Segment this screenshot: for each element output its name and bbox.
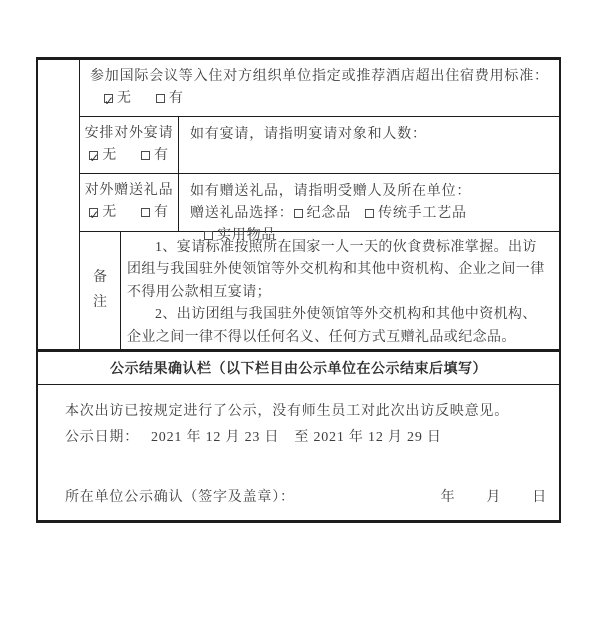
checkbox-empty-icon[interactable] <box>156 94 165 103</box>
row-banquet: 安排对外宴请 无有 如有宴请，请指明宴请对象和人数： <box>80 117 559 174</box>
date-to: 2021 年 12 月 29 日 <box>313 430 441 445</box>
banquet-options: 无有 <box>89 145 169 167</box>
choice-handicraft: 传统手工艺品 <box>365 206 467 221</box>
confirmation-statement: 本次出访已按规定进行了公示，没有师生员工对此次出访反映意见。 <box>65 401 547 423</box>
signature-line: 所在单位公示确认（签字及盖章）： 年月日 <box>65 487 547 509</box>
notes-label-char: 注 <box>93 292 107 314</box>
row-hotel-standard: 参加国际会议等入住对方组织单位指定或推荐酒店超出住宿费用标准： 无有 <box>80 60 559 117</box>
option-none: 无 <box>104 91 132 106</box>
banquet-label: 安排对外宴请 <box>85 123 174 145</box>
row-notes: 备 注 1、宴请标准按照所在国家一人一天的伙食费标准掌握。出访团组与我国驻外使领… <box>80 232 559 349</box>
option-yes: 有 <box>141 205 169 220</box>
banquet-label-cell: 安排对外宴请 无有 <box>80 117 179 173</box>
gifts-detail-cell: 如有赠送礼品，请指明受赠人及所在单位： 赠送礼品选择：纪念品传统手工艺品实用物品 <box>179 174 559 231</box>
option-label: 有 <box>169 91 184 106</box>
checkbox-empty-icon[interactable] <box>141 151 150 160</box>
option-label: 无 <box>102 148 117 163</box>
merged-empty-cell <box>38 60 80 349</box>
form-rows: 参加国际会议等入住对方组织单位指定或推荐酒店超出住宿费用标准： 无有 安排对外宴… <box>80 60 559 349</box>
checkbox-empty-icon[interactable] <box>141 208 150 217</box>
checkbox-checked-icon[interactable] <box>104 94 113 103</box>
gifts-label-cell: 对外赠送礼品 无有 <box>80 174 179 231</box>
checkbox-empty-icon[interactable] <box>294 209 303 218</box>
sign-date-fields: 年月日 <box>441 487 547 509</box>
notes-text-cell: 1、宴请标准按照所在国家一人一天的伙食费标准掌握。出访团组与我国驻外使领馆等外交… <box>121 232 559 349</box>
checkbox-checked-icon[interactable] <box>89 208 98 217</box>
month-field: 月 <box>486 490 501 505</box>
date-from: 2021 年 12 月 23 日 <box>151 430 279 445</box>
gifts-detail-line1: 如有赠送礼品，请指明受赠人及所在单位： <box>190 181 553 203</box>
year-field: 年 <box>441 490 456 505</box>
notes-label-cell: 备 注 <box>80 232 121 349</box>
option-none: 无 <box>89 205 117 220</box>
checkbox-empty-icon[interactable] <box>204 231 213 240</box>
notes-paragraph-2: 2、出访团组与我国驻外使领馆等外交机构和其他中资机构、企业之间一律不得以任何名义… <box>127 304 551 349</box>
hotel-standard-options: 无有 <box>104 88 549 110</box>
option-yes: 有 <box>156 91 184 106</box>
row-gifts: 对外赠送礼品 无有 如有赠送礼品，请指明受赠人及所在单位： 赠送礼品选择：纪念品… <box>80 174 559 232</box>
document-page: 参加国际会议等入住对方组织单位指定或推荐酒店超出住宿费用标准： 无有 安排对外宴… <box>0 0 604 636</box>
notes-label-char: 备 <box>93 267 107 289</box>
option-label: 有 <box>154 148 169 163</box>
choice-label: 传统手工艺品 <box>378 206 467 221</box>
option-label: 有 <box>154 205 169 220</box>
travel-publicity-form-table: 参加国际会议等入住对方组织单位指定或推荐酒店超出住宿费用标准： 无有 安排对外宴… <box>36 57 561 523</box>
checkbox-checked-icon[interactable] <box>89 151 98 160</box>
option-label: 无 <box>102 205 117 220</box>
banquet-detail: 如有宴请，请指明宴请对象和人数： <box>190 124 553 146</box>
choice-label: 纪念品 <box>307 206 351 221</box>
sign-label: 所在单位公示确认（签字及盖章）： <box>65 487 295 509</box>
to-label: 至 <box>294 430 309 445</box>
choice-souvenir: 纪念品 <box>294 206 351 221</box>
option-yes: 有 <box>141 148 169 163</box>
option-none: 无 <box>89 148 117 163</box>
day-field: 日 <box>532 490 547 505</box>
option-label: 无 <box>117 91 132 106</box>
hotel-standard-question: 参加国际会议等入住对方组织单位指定或推荐酒店超出住宿费用标准： <box>90 66 549 88</box>
confirmation-header: 公示结果确认栏（以下栏目由公示单位在公示结束后填写） <box>38 352 559 385</box>
notes-paragraph-1: 1、宴请标准按照所在国家一人一天的伙食费标准掌握。出访团组与我国驻外使领馆等外交… <box>127 237 551 304</box>
form-upper-section: 参加国际会议等入住对方组织单位指定或推荐酒店超出住宿费用标准： 无有 安排对外宴… <box>38 60 559 352</box>
date-label: 公示日期： <box>65 430 139 445</box>
checkbox-empty-icon[interactable] <box>365 209 374 218</box>
gifts-options: 无有 <box>89 202 169 224</box>
gifts-choice-label: 赠送礼品选择： <box>190 206 294 221</box>
publicity-date-line: 公示日期：2021 年 12 月 23 日至 2021 年 12 月 29 日 <box>65 427 547 449</box>
gifts-label: 对外赠送礼品 <box>85 180 174 202</box>
confirmation-body: 本次出访已按规定进行了公示，没有师生员工对此次出访反映意见。 公示日期：2021… <box>38 385 559 520</box>
banquet-detail-cell: 如有宴请，请指明宴请对象和人数： <box>179 117 559 173</box>
